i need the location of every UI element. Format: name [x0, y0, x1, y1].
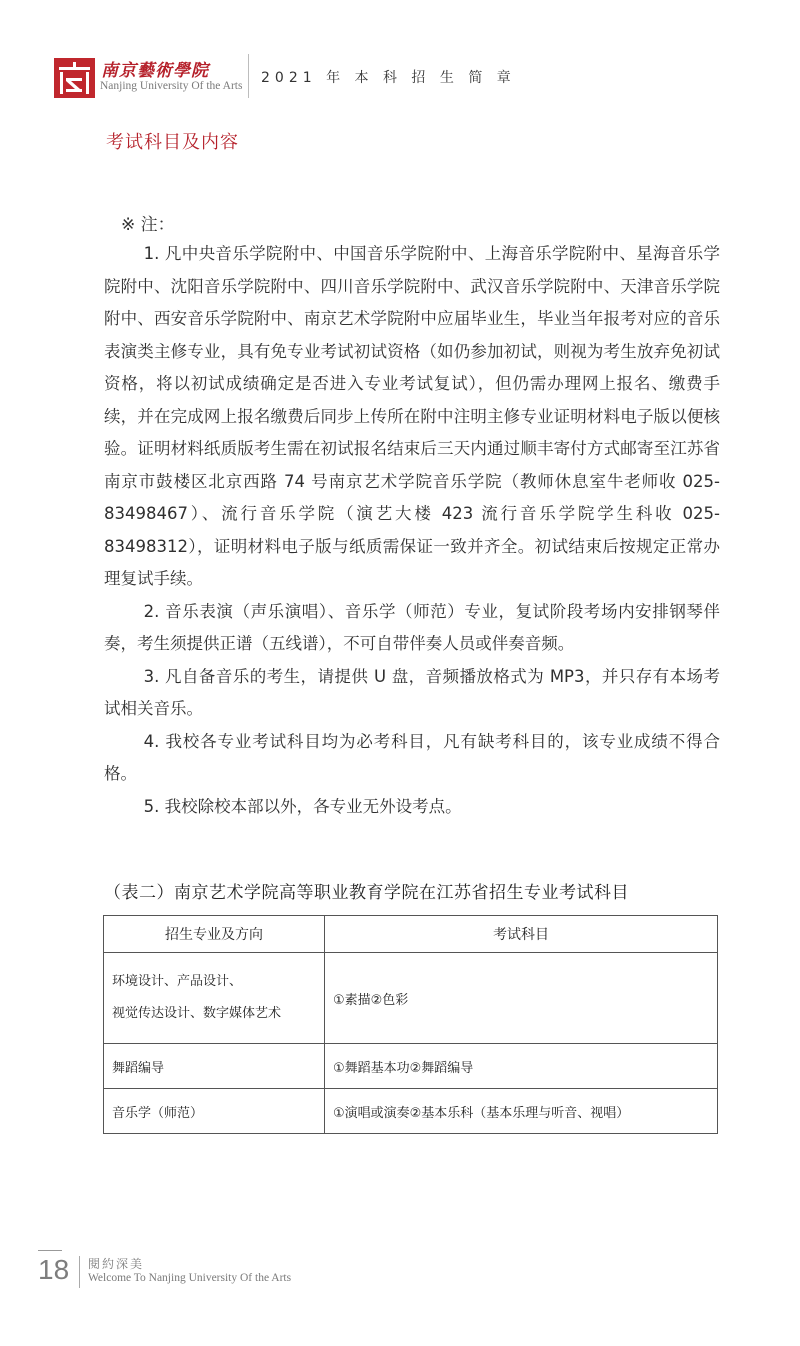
page-footer: 18 閱約深美 Welcome To Nanjing University Of…: [38, 1254, 338, 1294]
major-line: 视觉传达设计、数字媒体艺术: [112, 998, 316, 1030]
note-item-3: 3. 凡自备音乐的考生，请提供 U 盘，音频播放格式为 MP3，并只存有本场考试…: [104, 661, 720, 726]
subjects-cell: ①演唱或演奏②基本乐科（基本乐理与听音、视唱）: [325, 1089, 718, 1134]
logo-english-name: Nanjing University Of the Arts: [100, 80, 242, 92]
section-title: 考试科目及内容: [106, 128, 239, 154]
subjects-cell: ①舞蹈基本功②舞蹈编导: [325, 1044, 718, 1089]
major-cell: 环境设计、产品设计、 视觉传达设计、数字媒体艺术: [104, 953, 325, 1044]
note-item-2: 2. 音乐表演（声乐演唱）、音乐学（师范）专业，复试阶段考场内安排钢琴伴奏，考生…: [104, 596, 720, 661]
notes-list: 1. 凡中央音乐学院附中、中国音乐学院附中、上海音乐学院附中、星海音乐学院附中、…: [104, 238, 720, 823]
note-item-4: 4. 我校各专业考试科目均为必考科目，凡有缺考科目的，该专业成绩不得合格。: [104, 726, 720, 791]
header-title: 2021 年 本 科 招 生 简 章: [261, 67, 516, 87]
logo-chinese-name: 南京藝術學院: [101, 56, 209, 81]
note-item-1: 1. 凡中央音乐学院附中、中国音乐学院附中、上海音乐学院附中、星海音乐学院附中、…: [104, 238, 720, 596]
major-cell: 舞蹈编导: [104, 1044, 325, 1089]
page-number-rule: [38, 1250, 62, 1251]
table-row: 舞蹈编导 ①舞蹈基本功②舞蹈编导: [104, 1044, 718, 1089]
footer-slogan-cn: 閱約深美: [88, 1255, 144, 1272]
page-number: 18: [38, 1254, 69, 1286]
major-cell: 音乐学（师范）: [104, 1089, 325, 1134]
subjects-cell: ①素描②色彩: [325, 953, 718, 1044]
university-logo-icon: [54, 58, 95, 98]
note-item-5: 5. 我校除校本部以外，各专业无外设考点。: [104, 791, 720, 824]
note-label: ※ 注：: [121, 210, 175, 235]
page-header: 南京藝術學院 Nanjing University Of the Arts 20…: [54, 56, 754, 98]
table-row: 音乐学（师范） ①演唱或演奏②基本乐科（基本乐理与听音、视唱）: [104, 1089, 718, 1134]
major-line: 环境设计、产品设计、: [112, 966, 316, 998]
table-row: 环境设计、产品设计、 视觉传达设计、数字媒体艺术 ①素描②色彩: [104, 953, 718, 1044]
header-divider: [248, 54, 249, 98]
table-title: （表二）南京艺术学院高等职业教育学院在江苏省招生专业考试科目: [104, 878, 629, 903]
exam-subjects-table: 招生专业及方向 考试科目 环境设计、产品设计、 视觉传达设计、数字媒体艺术 ①素…: [103, 915, 718, 1134]
footer-divider: [79, 1256, 80, 1288]
table-header-row: 招生专业及方向 考试科目: [104, 916, 718, 953]
header-subjects: 考试科目: [325, 916, 718, 953]
footer-slogan-en: Welcome To Nanjing University Of the Art…: [88, 1272, 291, 1284]
header-major: 招生专业及方向: [104, 916, 325, 953]
